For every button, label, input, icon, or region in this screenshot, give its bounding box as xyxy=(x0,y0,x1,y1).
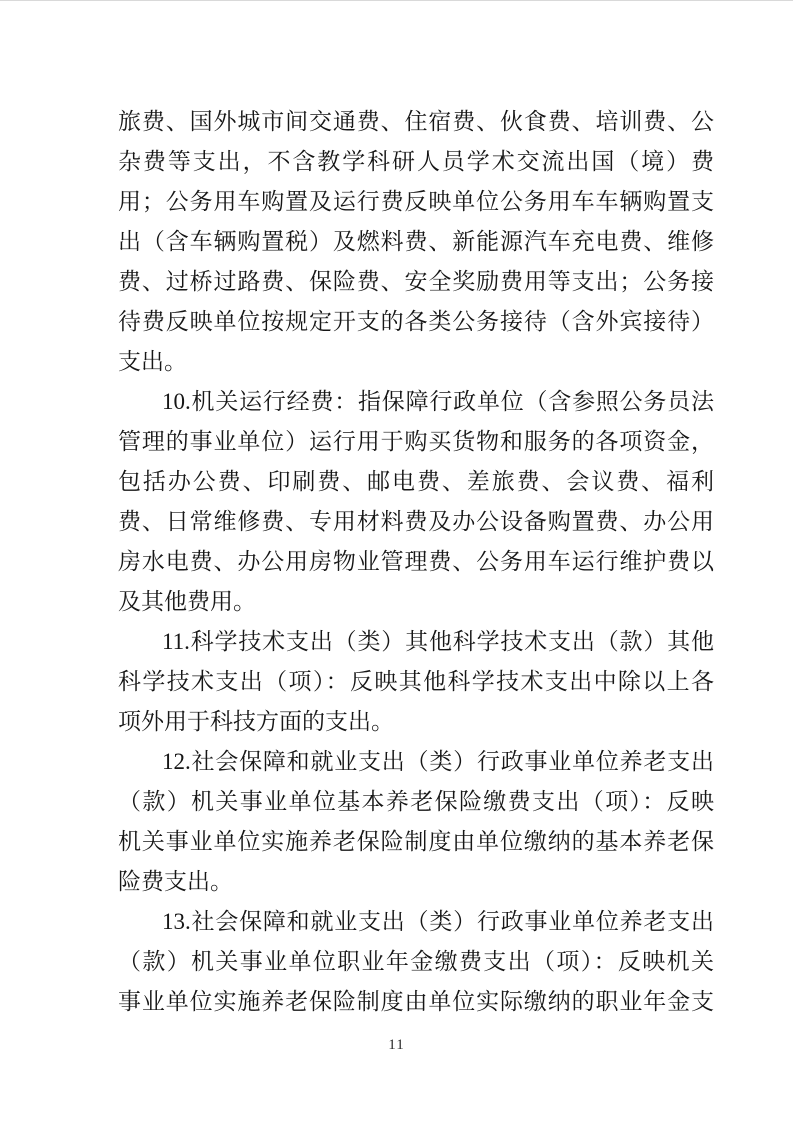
text-line: 事业单位实施养老保险制度由单位实际缴纳的职业年金支 xyxy=(118,982,714,1022)
text-line: 及其他费用。 xyxy=(118,582,714,622)
text-line: 包括办公费、印刷费、邮电费、差旅费、会议费、福利 xyxy=(118,462,714,502)
text-line: 旅费、国外城市间交通费、住宿费、伙食费、培训费、公 xyxy=(118,102,714,142)
page-edge-line xyxy=(0,0,793,1)
text-line: 管理的事业单位）运行用于购买货物和服务的各项资金， xyxy=(118,422,714,462)
text-line: 待费反映单位按规定开支的各类公务接待（含外宾接待） xyxy=(118,302,714,342)
text-line: 科学技术支出（项）：反映其他科学技术支出中除以上各 xyxy=(118,662,714,702)
text-line: 险费支出。 xyxy=(118,862,714,902)
text-line: 费、日常维修费、专用材料费及办公设备购置费、办公用 xyxy=(118,502,714,542)
document-page: { "page": { "number": "11", "background_… xyxy=(0,0,793,1122)
text-line: 支出。 xyxy=(118,342,714,382)
document-body: 旅费、国外城市间交通费、住宿费、伙食费、培训费、公杂费等支出，不含教学科研人员学… xyxy=(118,102,714,1022)
text-line: 项外用于科技方面的支出。 xyxy=(118,702,714,742)
text-line: （款）机关事业单位职业年金缴费支出（项）：反映机关 xyxy=(118,942,714,982)
text-line: 机关事业单位实施养老保险制度由单位缴纳的基本养老保 xyxy=(118,822,714,862)
text-line: 10.机关运行经费：指保障行政单位（含参照公务员法 xyxy=(118,382,714,422)
page-footer: 11 xyxy=(0,1036,793,1054)
text-line: 房水电费、办公用房物业管理费、公务用车运行维护费以 xyxy=(118,542,714,582)
text-line: 杂费等支出，不含教学科研人员学术交流出国（境）费 xyxy=(118,142,714,182)
text-line: 费、过桥过路费、保险费、安全奖励费用等支出；公务接 xyxy=(118,262,714,302)
text-line: 12.社会保障和就业支出（类）行政事业单位养老支出 xyxy=(118,742,714,782)
text-line: （款）机关事业单位基本养老保险缴费支出（项）：反映 xyxy=(118,782,714,822)
text-line: 11.科学技术支出（类）其他科学技术支出（款）其他 xyxy=(118,622,714,662)
text-line: 用；公务用车购置及运行费反映单位公务用车车辆购置支 xyxy=(118,182,714,222)
page-number: 11 xyxy=(388,1037,404,1053)
text-line: 13.社会保障和就业支出（类）行政事业单位养老支出 xyxy=(118,902,714,942)
text-line: 出（含车辆购置税）及燃料费、新能源汽车充电费、维修 xyxy=(118,222,714,262)
